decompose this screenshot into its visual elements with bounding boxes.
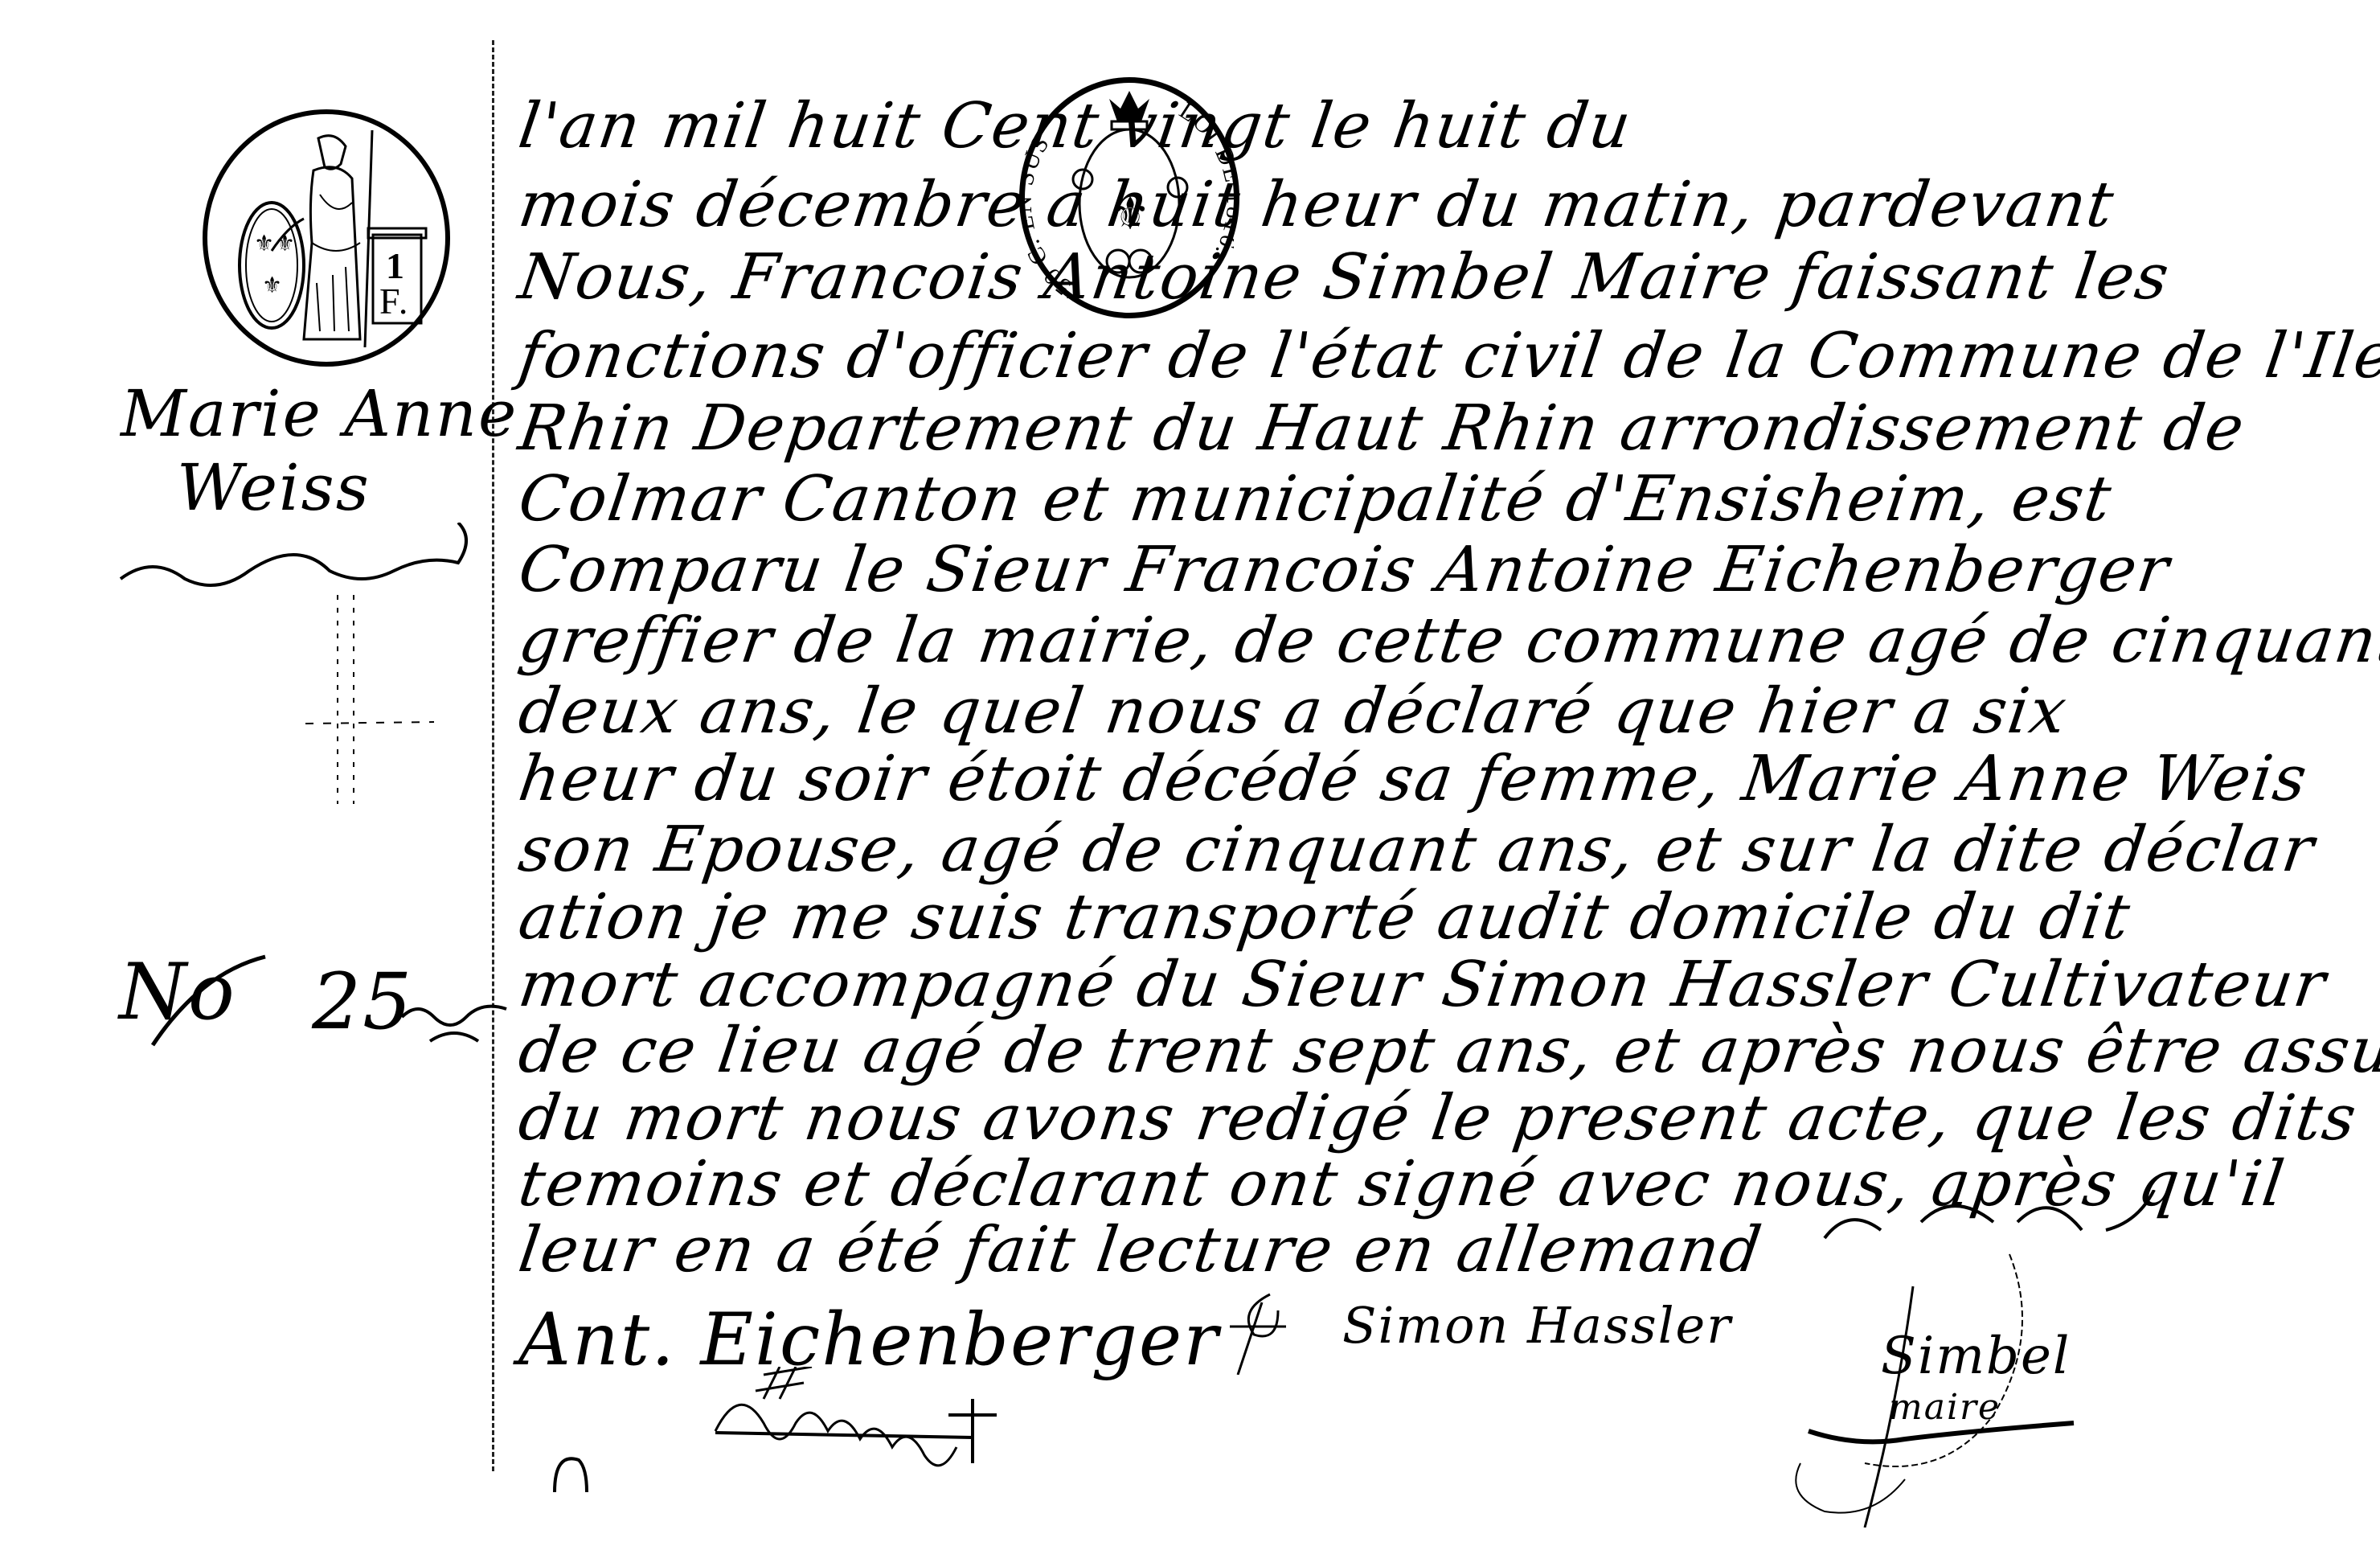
svg-text:⚜: ⚜ (262, 272, 282, 298)
register-page: ⚜ ⚜ ⚜ 1 F. 50 C. EN SUS LOI DE 1816. (0, 0, 2380, 1542)
body-line-13: mort accompagné du Sieur Simon Hassler C… (514, 949, 2331, 1021)
minerva-figure-icon: ⚜ ⚜ ⚜ (207, 114, 445, 362)
body-line-2: mois décembre a huit heur du matin, pard… (514, 169, 2119, 241)
body-line-11: son Epouse, agé de cinquant ans, et sur … (514, 814, 2320, 886)
signature-witness: Simon Hassler (1342, 1296, 1732, 1355)
svg-text:⚜: ⚜ (254, 230, 274, 256)
struck-signature-mark (707, 1367, 1053, 1479)
margin-rule (492, 40, 494, 1471)
body-line-4: fonctions d'officier de l'état civil de … (514, 320, 2380, 392)
entry-number-flourish (398, 993, 510, 1049)
body-line-8: greffier de la mairie, de cette commune … (514, 605, 2380, 677)
margin-deceased-first-name: Marie Anne (121, 376, 518, 451)
body-line-1: l'an mil huit Cent vingt le huit du (514, 90, 1637, 162)
body-line-12: ation je me suis transporté audit domici… (514, 881, 2136, 953)
body-line-7: Comparu le Sieur Francois Antoine Eichen… (514, 534, 2174, 606)
mayor-signature-title: maire (1889, 1387, 2001, 1428)
entry-number-underline (145, 941, 273, 1053)
revenue-stamp: ⚜ ⚜ ⚜ 1 F. (203, 109, 450, 367)
signature-declarant-paraph (1214, 1286, 1294, 1375)
body-line-10: heur du soir étoit décédé sa femme, Mari… (514, 743, 2312, 815)
body-line-15: du mort nous avons redigé le present act… (514, 1082, 2362, 1154)
body-line-9: deux ans, le quel nous a déclaré que hie… (514, 675, 2072, 748)
margin-cross-mark (305, 579, 442, 820)
body-line-6: Colmar Canton et municipalité d'Ensishei… (514, 463, 2116, 535)
mayor-signature-name: Simbel (1881, 1327, 2071, 1386)
body-line-14: de ce lieu agé de trent sept ans, et apr… (514, 1015, 2380, 1087)
margin-deceased-surname: Weiss (177, 450, 371, 525)
stamp-value-unit: F. (379, 280, 409, 322)
mayor-signature-block: Simbel maire (1784, 1222, 2106, 1528)
body-line-3: Nous, Francois Antoine Simbel Maire fais… (514, 241, 2174, 314)
bottom-stray-stroke (547, 1454, 595, 1494)
body-line-5: Rhin Departement du Haut Rhin arrondisse… (514, 392, 2250, 465)
body-line-17: leur en a été fait lecture en allemand (514, 1214, 1767, 1286)
